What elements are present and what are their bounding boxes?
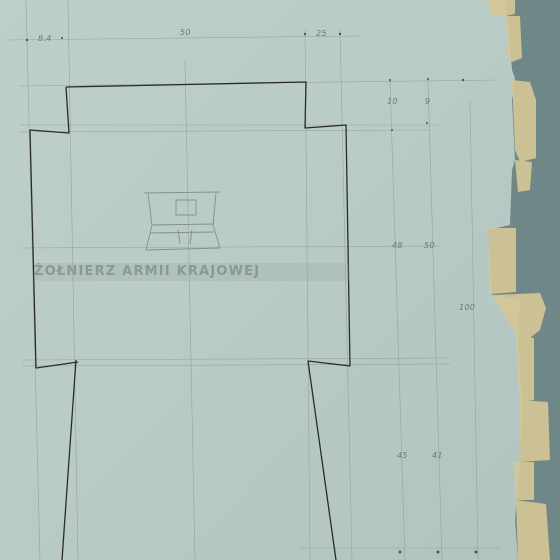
dimension-label-top-middle: 50 [180,28,191,37]
dimension-label-right-middle-b: 50 [424,241,435,250]
dimension-label-top-left: 8.4 [38,34,52,43]
drawing-sheet: ŻOŁNIERZ ARMII KRAJOWEJ 8.4 50 25 10 9 4… [0,0,560,560]
dimension-label-right-total: 100 [459,303,475,312]
dimension-label-top-right: 25 [316,29,327,38]
dimension-label-right-lower-a: 45 [397,451,408,460]
dimension-label-right-upper-b: 9 [425,97,430,106]
dimension-label-right-upper-a: 10 [387,97,398,106]
banner-lettering: ŻOŁNIERZ ARMII KRAJOWEJ [34,263,350,281]
dimension-label-right-middle-a: 48 [392,241,403,250]
dimension-label-right-lower-b: 41 [432,451,443,460]
